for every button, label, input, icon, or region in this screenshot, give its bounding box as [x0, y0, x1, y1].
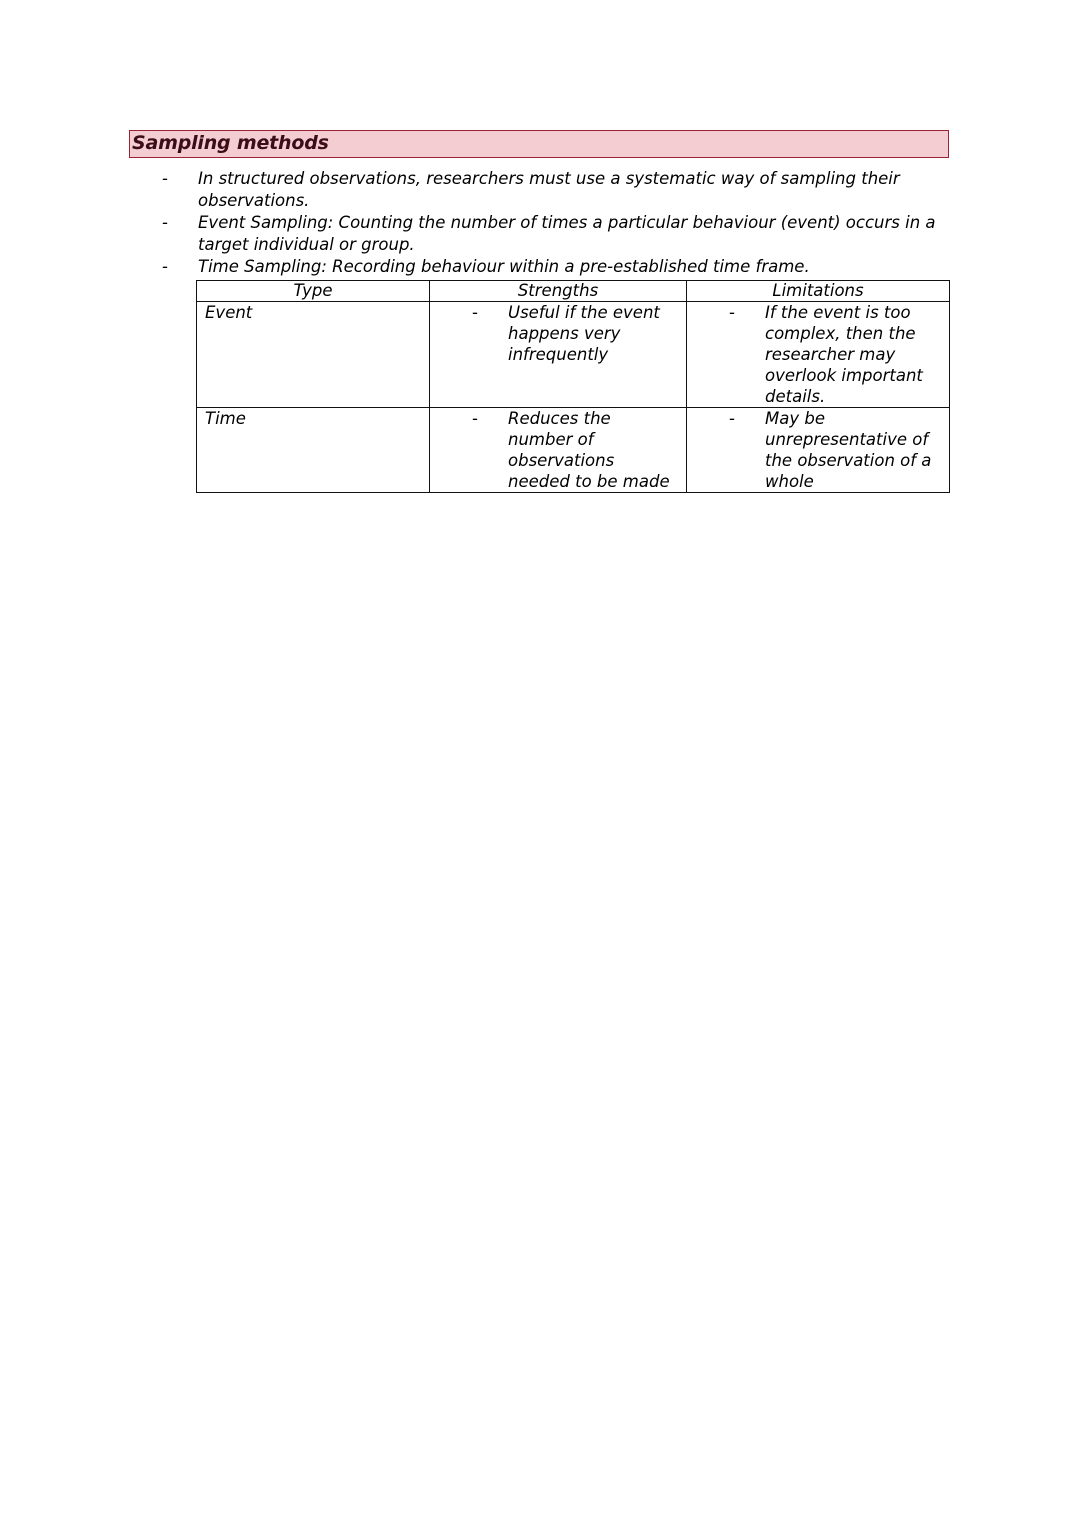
- bullet-dash: -: [438, 408, 508, 492]
- bullet-dash: -: [160, 212, 198, 256]
- bullet-text: Event Sampling: Counting the number of t…: [198, 212, 950, 256]
- bullet-list: - In structured observations, researcher…: [160, 168, 950, 278]
- header-strengths: Strengths: [430, 281, 687, 302]
- header-limitations: Limitations: [687, 281, 950, 302]
- bullet-text: Time Sampling: Recording behaviour withi…: [198, 256, 950, 278]
- bullet-item: - Event Sampling: Counting the number of…: [160, 212, 950, 256]
- section-heading: Sampling methods: [132, 132, 329, 154]
- bullet-dash: -: [438, 302, 508, 365]
- cell-strength: - Useful if the event happens very infre…: [430, 302, 687, 408]
- header-type: Type: [197, 281, 430, 302]
- bullet-dash: -: [695, 302, 765, 407]
- table-row: Time - Reduces the number of observation…: [197, 408, 950, 493]
- cell-strength: - Reduces the number of observations nee…: [430, 408, 687, 493]
- cell-type: Event: [197, 302, 430, 408]
- cell-limitation: - May be unrepresentative of the observa…: [687, 408, 950, 493]
- table-row: Event - Useful if the event happens very…: [197, 302, 950, 408]
- sampling-methods-table: Type Strengths Limitations Event - Usefu…: [196, 280, 950, 493]
- bullet-dash: -: [695, 408, 765, 492]
- cell-limitation: - If the event is too complex, then the …: [687, 302, 950, 408]
- bullet-item: - In structured observations, researcher…: [160, 168, 950, 212]
- strength-text: Reduces the number of observations neede…: [508, 408, 678, 492]
- limitation-text: If the event is too complex, then the re…: [765, 302, 941, 407]
- bullet-dash: -: [160, 168, 198, 212]
- bullet-dash: -: [160, 256, 198, 278]
- section-heading-box: Sampling methods: [129, 130, 949, 158]
- strength-text: Useful if the event happens very infrequ…: [508, 302, 678, 365]
- limitation-text: May be unrepresentative of the observati…: [765, 408, 941, 492]
- table-header-row: Type Strengths Limitations: [197, 281, 950, 302]
- bullet-text: In structured observations, researchers …: [198, 168, 950, 212]
- cell-type: Time: [197, 408, 430, 493]
- bullet-item: - Time Sampling: Recording behaviour wit…: [160, 256, 950, 278]
